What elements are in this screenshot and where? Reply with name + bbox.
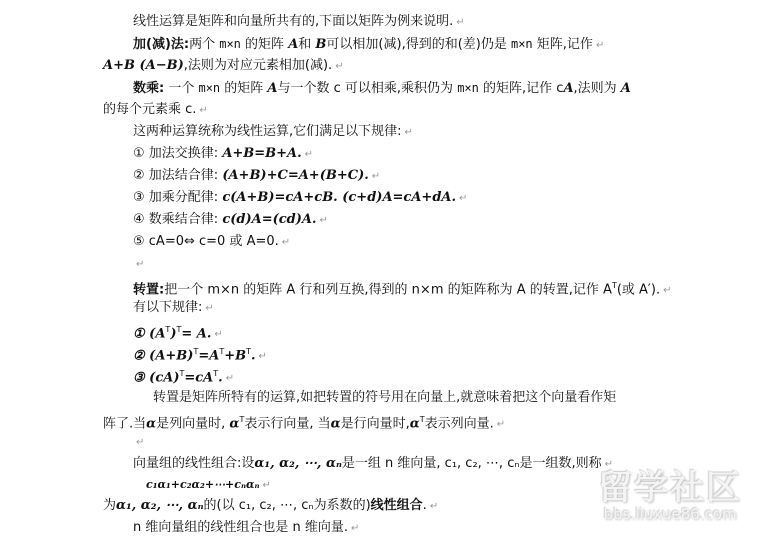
text: 和 (298, 37, 315, 52)
law-label: ② 加法结合律: (133, 168, 218, 183)
formula: A+B=B+A. (222, 146, 301, 161)
paragraph-mark: ↵ (335, 61, 343, 72)
law-item-1: ① 加法交换律: A+B=B+A.↵ (133, 145, 313, 164)
law-item-3: ③ 加乘分配律: c(A+B)=cA+cB. (c+d)A=cA+dA.↵ (133, 189, 467, 208)
formula: ③ (cA) (133, 370, 179, 385)
text: 两个 (189, 37, 219, 52)
text: 这两种运算统称为线性运算,它们满足以下规律: (133, 124, 402, 139)
text: 把一个 m×n 的矩阵 A 行和列互换,得到的 n×m 的矩阵称为 A 的转置,… (164, 282, 612, 297)
text: 的矩阵,记作 c (479, 81, 564, 96)
text: ₁, c₂, ⋯, cₙ (452, 456, 520, 471)
text: m×n (219, 37, 241, 51)
linear-combination-note: n 维向量组的线性组合也是 n 维向量.↵ (133, 519, 359, 538)
formula: A+B (103, 58, 135, 73)
paragraph-mark: ↵ (320, 215, 328, 226)
formula: (c+d)A=cA+dA. (338, 190, 456, 205)
scalar-mult-cont: 的每个元素乘 c.↵ (103, 101, 208, 120)
paragraph-mark: ↵ (226, 373, 234, 384)
vector-list: α₁, α₂, ⋯, αₙ (116, 498, 204, 513)
term-linear-combination: 线性组合 (371, 498, 423, 513)
matrix-symbol: A (563, 81, 573, 96)
transpose-laws-intro: 有以下规律:↵ (133, 299, 214, 318)
transpose-note: 转置是矩阵所特有的运算,如把转置的符号用在向量上,就意味着把这个向量看作矩 (153, 389, 616, 407)
text: 是一组数,则称 (520, 456, 602, 471)
laws-intro: 这两种运算统称为线性运算,它们满足以下规律:↵ (133, 123, 413, 142)
paragraph-mark: ↵ (205, 303, 213, 314)
linear-combination-cont: 为α₁, α₂, ⋯, αₙ的(以 c₁, c₂, ⋯, cₙ为系数的)线性组合… (103, 497, 438, 516)
empty-line: ↵ (133, 255, 144, 274)
formula: =cA (184, 370, 213, 385)
paragraph-mark: ↵ (596, 40, 604, 51)
text: 向量组的线性组合:设 (133, 456, 254, 471)
paragraph-mark: ↵ (199, 105, 207, 116)
law-item-2: ② 加法结合律: (A+B)+C=A+(B+C).↵ (133, 167, 380, 186)
text: 矩阵,记作 (533, 37, 593, 52)
text: 转置是矩阵所特有的运算,如把转置的符号用在向量上,就意味着把这个向量看作矩 (153, 390, 616, 405)
transpose-note-cont: 阵了.当α是列向量时, αT表示行向量, 当α是行向量时,αT表示列向量.↵ (103, 411, 505, 434)
transpose-definition: 转置:把一个 m×n 的矩阵 A 行和列互换,得到的 n×m 的矩阵称为 A 的… (133, 277, 671, 300)
text: 的(以 c₁, c₂, ⋯, cₙ为系数的) (204, 498, 371, 513)
formula: (A+B)+C=A+(B+C). (222, 168, 368, 183)
text: 表示列向量. (425, 416, 494, 431)
law-label: ④ 数乘结合律: (133, 212, 218, 227)
paragraph-mark: ↵ (136, 437, 144, 448)
text: m×n (198, 81, 220, 95)
text: (或 A′). (617, 282, 660, 297)
law-label: ① 加法交换律: (133, 146, 218, 161)
text: n 维向量组的线性组合也是 n 维向量. (133, 520, 348, 535)
scalar-mult-definition: 数乘: 一个 m×n 的矩阵 A与一个数 c 可以相乘,乘积仍为 m×n 的矩阵… (133, 79, 631, 98)
watermark-title: 留学社区 (590, 470, 750, 506)
text: 可以相加(减),得到的和(差)仍是 (326, 37, 511, 52)
addition-definition: 加(减)法:两个 m×n 的矩阵 A和 B可以相加(减),得到的和(差)仍是 m… (133, 35, 604, 55)
paragraph-mark: ↵ (456, 17, 464, 28)
watermark-logo: 留学社区 bbs.liuxue86.com (590, 470, 750, 522)
matrix-symbol: A (288, 37, 298, 52)
text: 为 (103, 498, 116, 513)
text: 是一组 n 维向量, c (342, 456, 452, 471)
vector-symbol: α (146, 416, 156, 431)
term-transpose: 转置: (133, 282, 164, 297)
paragraph-mark: ↵ (263, 480, 271, 491)
paragraph-mark: ↵ (405, 127, 413, 138)
text: 的矩阵 (241, 37, 288, 52)
formula: ② (A+B) (133, 348, 193, 363)
vector-symbol: α (331, 416, 341, 431)
formula: c₁α₁+c₂α₂+⋯+cₙαₙ (146, 478, 260, 491)
law-label: ③ 加乘分配律: (133, 190, 218, 205)
text: ,法则为 (574, 81, 621, 96)
text: 表示行向量, 当 (244, 416, 330, 431)
formula: ① (A (133, 326, 165, 341)
text: 是行向量时, (341, 416, 410, 431)
text: ,法则为对应元素相加(减). (184, 58, 332, 73)
text: m×n (457, 81, 479, 95)
text: 线性运算是矩阵和向量所共有的,下面以矩阵为例来说明. (133, 14, 453, 29)
matrix-symbol: A (621, 81, 631, 96)
text: 的每个元素乘 c. (103, 102, 196, 117)
formula: +B (224, 348, 246, 363)
matrix-symbol: A (267, 81, 277, 96)
law-item-5: ⑤ cA=0⇔ c=0 或 A=0.↵ (133, 233, 290, 252)
law-item-4: ④ 数乘结合律: c(d)A=(cd)A.↵ (133, 211, 328, 230)
intro-line: 线性运算是矩阵和向量所共有的,下面以矩阵为例来说明.↵ (133, 13, 465, 32)
term-addition: 加(减)法: (133, 37, 189, 52)
empty-line-2: ↵ (133, 433, 144, 452)
term-scalar-mult: 数乘: (133, 81, 164, 96)
vector-symbol: α (229, 416, 239, 431)
vector-list: α₁, α₂, ⋯, αₙ (254, 456, 342, 471)
text: 是列向量时, (156, 416, 229, 431)
paragraph-mark: ↵ (497, 419, 505, 430)
formula: c(d)A=(cd)A. (222, 212, 316, 227)
text: 的矩阵 (220, 81, 267, 96)
paragraph-mark: ↵ (282, 237, 290, 248)
paragraph-mark: ↵ (136, 259, 144, 270)
text: 一个 (164, 81, 198, 96)
transpose-law-2: ② (A+B)T=AT+BT.↵ (133, 343, 267, 366)
text: 阵了.当 (103, 416, 146, 431)
text: 有以下规律: (133, 300, 202, 315)
paragraph-mark: ↵ (259, 351, 267, 362)
paragraph-mark: ↵ (351, 523, 359, 534)
paragraph-mark: ↵ (430, 501, 438, 512)
formula: =A (198, 348, 219, 363)
addition-definition-cont: A+B (A−B),法则为对应元素相加(减).↵ (103, 57, 344, 76)
formula: (A−B) (135, 58, 184, 73)
transpose-law-1: ① (AT)T= A.↵ (133, 321, 223, 344)
paragraph-mark: ↵ (305, 149, 313, 160)
formula: = A. (181, 326, 211, 341)
paragraph-mark: ↵ (214, 329, 222, 340)
formula: . (218, 370, 223, 385)
paragraph-mark: ↵ (459, 193, 467, 204)
watermark-url: bbs.liuxue86.com (590, 506, 750, 522)
text: . (423, 498, 427, 513)
text: 与一个数 c 可以相乘,乘积仍为 (278, 81, 458, 96)
transpose-law-3: ③ (cA)T=cAT.↵ (133, 365, 234, 388)
matrix-symbol: B (315, 37, 326, 52)
text: m×n (511, 37, 533, 51)
formula: . (251, 348, 256, 363)
vector-symbol: α (410, 416, 420, 431)
formula: ⑤ cA=0⇔ c=0 或 A=0. (133, 234, 279, 249)
paragraph-mark: ↵ (663, 285, 671, 296)
formula: c(A+B)=cA+cB. (222, 190, 337, 205)
linear-combination-formula: c₁α₁+c₂α₂+⋯+cₙαₙ↵ (146, 476, 271, 495)
linear-combination-definition: 向量组的线性组合:设α₁, α₂, ⋯, αₙ是一组 n 维向量, c₁, c₂… (133, 455, 613, 474)
paragraph-mark: ↵ (372, 171, 380, 182)
